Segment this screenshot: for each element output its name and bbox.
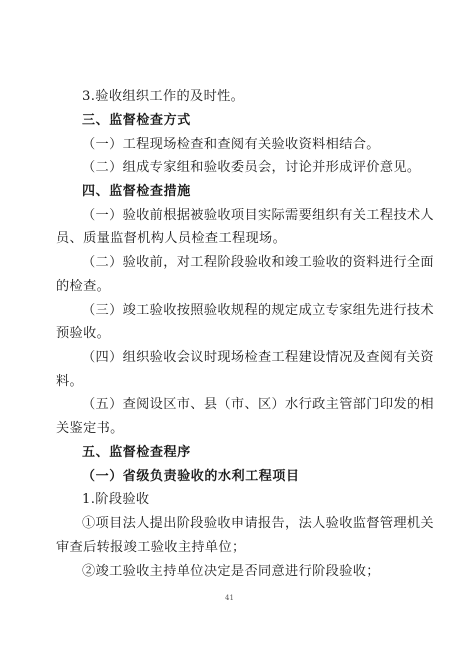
paragraph-line: 料。 bbox=[56, 374, 402, 390]
paragraph-line: 预验收。 bbox=[56, 326, 402, 342]
section-heading: 三、监督检查方式 bbox=[82, 113, 402, 129]
paragraph-line: （五）查阅设区市、县（市、区）水行政主管部门印发的相 bbox=[82, 397, 402, 413]
paragraph-line: （二）验收前，对工程阶段验收和竣工验收的资料进行全面 bbox=[82, 255, 402, 271]
paragraph-line: 审查后转报竣工验收主持单位； bbox=[56, 540, 402, 556]
document-page: 3.验收组织工作的及时性。三、监督检查方式（一）工程现场检查和查阅有关验收资料相… bbox=[0, 0, 459, 650]
paragraph-line: 员、质量监督机构人员检查工程现场。 bbox=[56, 231, 402, 247]
section-heading: 五、监督检查程序 bbox=[82, 445, 402, 461]
section-heading: 四、监督检查措施 bbox=[82, 184, 402, 200]
paragraph-line: （一）验收前根据被验收项目实际需要组织有关工程技术人 bbox=[82, 208, 402, 224]
paragraph-line: 1.阶段验收 bbox=[82, 492, 402, 508]
paragraph-line: （二）组成专家组和验收委员会，讨论并形成评价意见。 bbox=[82, 160, 402, 176]
paragraph-line: （一）工程现场检查和查阅有关验收资料相结合。 bbox=[82, 137, 402, 153]
paragraph-line: 3.验收组织工作的及时性。 bbox=[82, 89, 402, 105]
paragraph-line: ②竣工验收主持单位决定是否同意进行阶段验收； bbox=[82, 564, 402, 580]
paragraph-line: （四）组织验收会议时现场检查工程建设情况及查阅有关资 bbox=[82, 350, 402, 366]
paragraph-line: ①项目法人提出阶段验收申请报告，法人验收监督管理机关 bbox=[82, 516, 402, 532]
page-number: 41 bbox=[0, 594, 459, 602]
paragraph-line: 关鉴定书。 bbox=[56, 421, 402, 437]
paragraph-line: （三）竣工验收按照验收规程的规定成立专家组先进行技术 bbox=[82, 303, 402, 319]
paragraph-line: 的检查。 bbox=[56, 279, 402, 295]
section-heading: （一）省级负责验收的水利工程项目 bbox=[82, 469, 402, 485]
